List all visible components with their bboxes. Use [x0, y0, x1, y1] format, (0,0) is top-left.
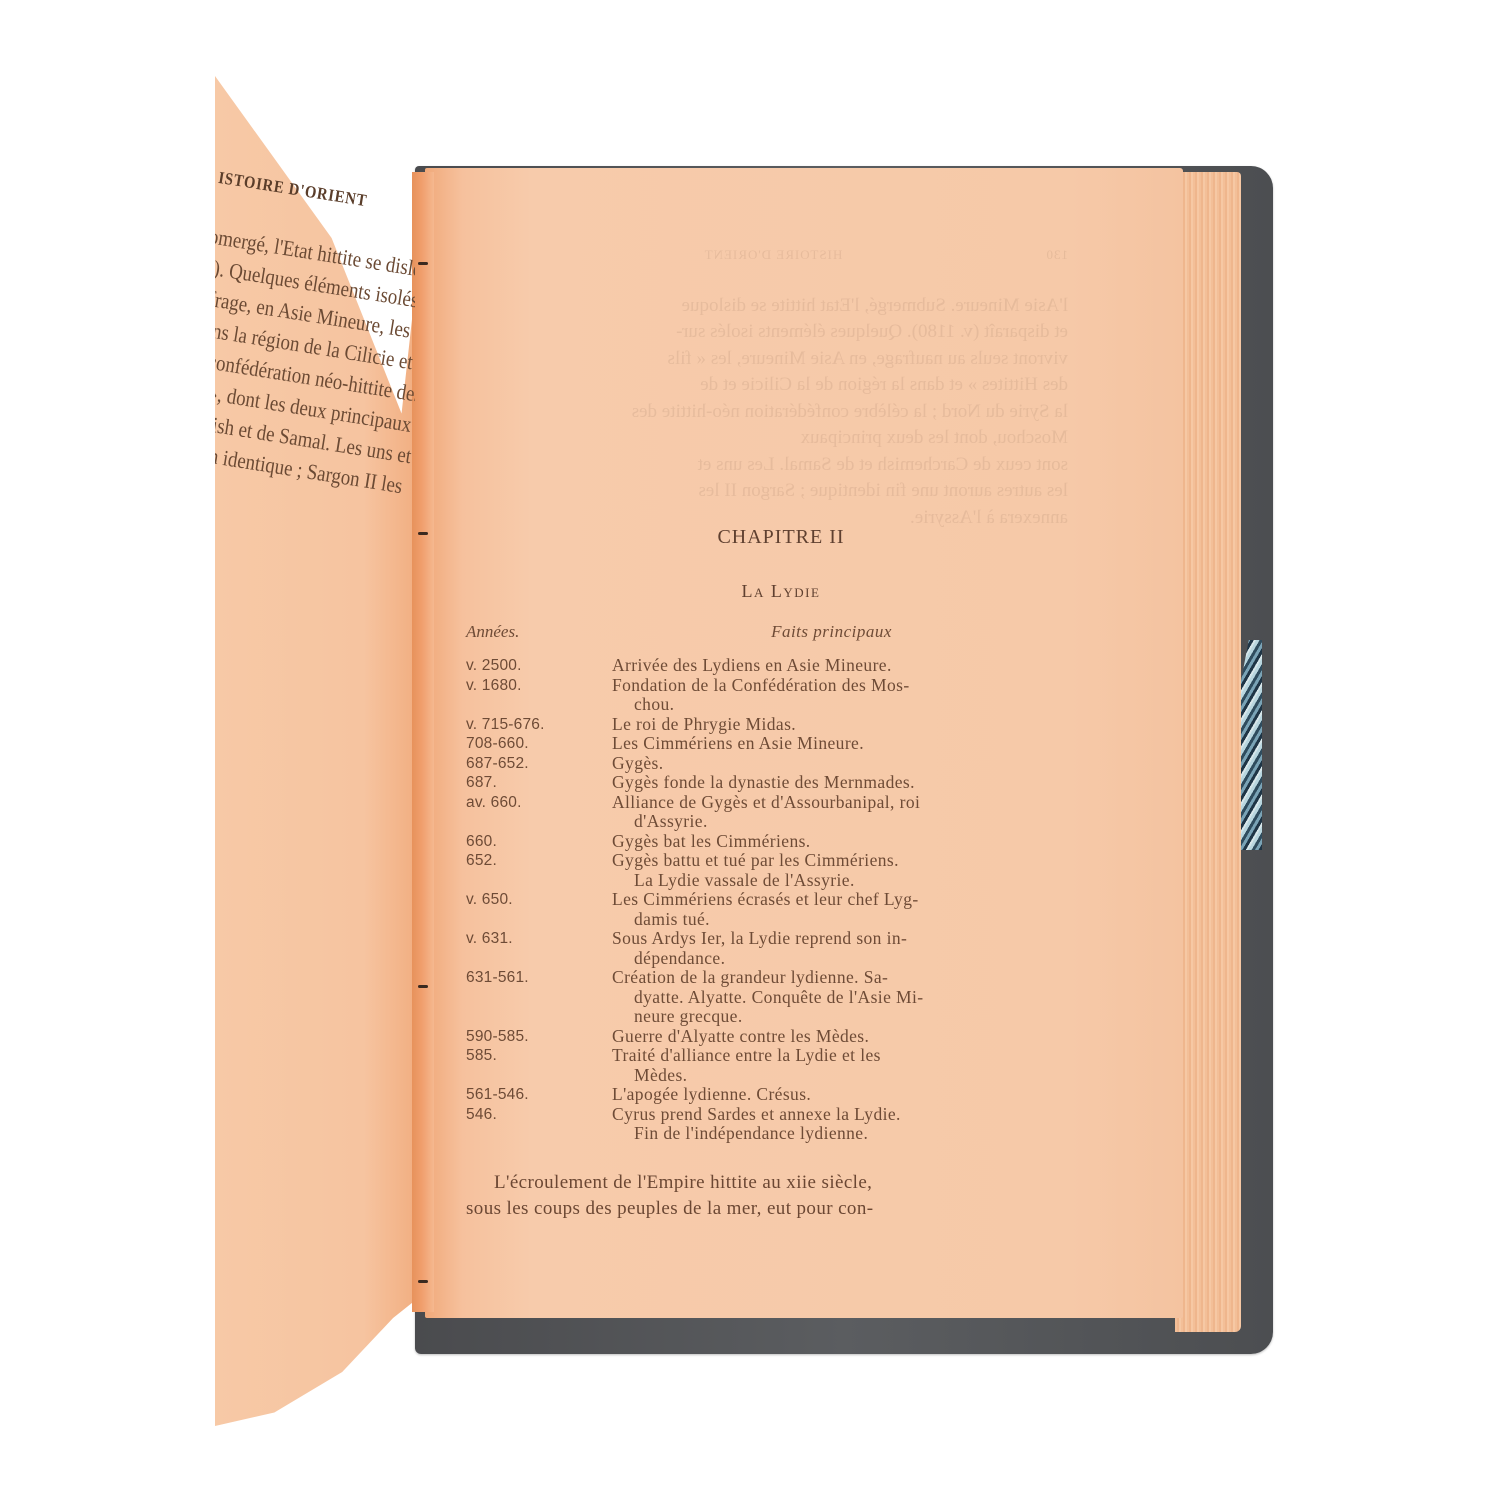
table-row: 631-561. Création de la grandeur lydienn…	[466, 968, 1051, 1027]
ghost-line: et disparaît (v. 1180). Quelques élément…	[478, 319, 1068, 346]
year-cell: 708-660.	[466, 734, 612, 754]
binding-stitch	[418, 532, 428, 535]
year-cell: 590-585.	[466, 1027, 612, 1047]
table-row: 590-585. Guerre d'Alyatte contre les Mèd…	[466, 1027, 1051, 1047]
fact-cell: Gygès battu et tué par les Cimmériens.La…	[612, 851, 1051, 890]
chapter-title: CHAPITRE II	[511, 520, 1051, 554]
fact-cell: Gygès fonde la dynastie des Mernmades.	[612, 773, 1051, 793]
body-paragraph: L'écroulement de l'Empire hittite au xii…	[466, 1170, 1051, 1222]
fact-cell: Fondation de la Confédération des Mos-ch…	[612, 676, 1051, 715]
year-cell: 631-561.	[466, 968, 612, 1027]
ghost-line: l'Asie Mineure. Submergé, l'Etat hittite…	[478, 293, 1068, 320]
table-row: 660. Gygès bat les Cimmériens.	[466, 832, 1051, 852]
fact-cell: Les Cimmériens écrasés et leur chef Lyg-…	[612, 890, 1051, 929]
binding-stitch	[418, 985, 428, 988]
year-cell: v. 1680.	[466, 676, 612, 715]
table-row: v. 1680. Fondation de la Confédération d…	[466, 676, 1051, 715]
ghost-running-head: 130 HISTOIRE D'ORIENT	[478, 242, 1068, 269]
ghost-line: la Syrie du Nord ; la célèbre confédérat…	[478, 399, 1068, 426]
book-gutter	[412, 172, 434, 1312]
table-row: v. 631. Sous Ardys Ier, la Lydie reprend…	[466, 929, 1051, 968]
table-row: 561-546. L'apogée lydienne. Crésus.	[466, 1085, 1051, 1105]
fact-cell: Le roi de Phrygie Midas.	[612, 715, 1051, 735]
left-page-text: ISTOIRE D'ORIENT omergé, l'Etat hittite …	[215, 162, 415, 531]
binding-stitch	[418, 1280, 428, 1283]
table-row: 585. Traité d'alliance entre la Lydie et…	[466, 1046, 1051, 1085]
fact-cell: Les Cimmériens en Asie Mineure.	[612, 734, 1051, 754]
year-cell: v. 2500.	[466, 656, 612, 676]
fact-cell: Cyrus prend Sardes et annexe la Lydie.Fi…	[612, 1105, 1051, 1144]
left-running-head: ISTOIRE D'ORIENT	[216, 162, 415, 228]
ghost-line: sont ceux de Carchemish et de Samal. Les…	[478, 452, 1068, 479]
fact-cell: Alliance de Gygès et d'Assourbanipal, ro…	[612, 793, 1051, 832]
table-row: v. 715-676. Le roi de Phrygie Midas.	[466, 715, 1051, 735]
page-stack-edge	[1175, 172, 1241, 1332]
fact-cell: Gygès bat les Cimmériens.	[612, 832, 1051, 852]
fact-cell: Gygès.	[612, 754, 1051, 774]
fact-cell: Sous Ardys Ier, la Lydie reprend son in-…	[612, 929, 1051, 968]
facts-column-header: Faits principaux	[612, 618, 1051, 646]
fact-cell: Traité d'alliance entre la Lydie et lesM…	[612, 1046, 1051, 1085]
section-title: La Lydie	[511, 576, 1051, 606]
year-cell: av. 660.	[466, 793, 612, 832]
paragraph-line: sous les coups des peuples de la mer, eu…	[466, 1196, 1051, 1222]
table-row: av. 660. Alliance de Gygès et d'Assourba…	[466, 793, 1051, 832]
fact-cell: L'apogée lydienne. Crésus.	[612, 1085, 1051, 1105]
years-column-header: Années.	[466, 618, 612, 646]
table-row: 546. Cyrus prend Sardes et annexe la Lyd…	[466, 1105, 1051, 1144]
table-row: v. 2500. Arrivée des Lydiens en Asie Min…	[466, 656, 1051, 676]
left-page-text-region: ISTOIRE D'ORIENT omergé, l'Etat hittite …	[215, 76, 415, 1426]
binding-stitch	[418, 262, 428, 265]
year-cell: 546.	[466, 1105, 612, 1144]
ghost-line: des Hittites » et dans la région de la C…	[478, 372, 1068, 399]
fact-cell: Création de la grandeur lydienne. Sa-dya…	[612, 968, 1051, 1027]
ghost-page-number: 130	[1046, 242, 1069, 269]
right-page-content: CHAPITRE II La Lydie Années. Faits princ…	[466, 520, 1051, 1222]
year-cell: 687-652.	[466, 754, 612, 774]
ghost-line: Moschou, dont les deux principaux	[478, 425, 1068, 452]
table-row: 687-652. Gygès.	[466, 754, 1051, 774]
chronology-header: Années. Faits principaux	[466, 618, 1051, 646]
year-cell: v. 650.	[466, 890, 612, 929]
table-row: v. 650. Les Cimmériens écrasés et leur c…	[466, 890, 1051, 929]
year-cell: v. 631.	[466, 929, 612, 968]
fact-cell: Arrivée des Lydiens en Asie Mineure.	[612, 656, 1051, 676]
paragraph-line: L'écroulement de l'Empire hittite au xii…	[466, 1170, 1051, 1196]
year-cell: 687.	[466, 773, 612, 793]
table-row: 708-660. Les Cimmériens en Asie Mineure.	[466, 734, 1051, 754]
table-row: 687. Gygès fonde la dynastie des Mernmad…	[466, 773, 1051, 793]
marbled-edge	[1240, 640, 1262, 850]
ghost-line: vivront seuls au naufrage, en Asie Mineu…	[478, 346, 1068, 373]
table-row: 652. Gygès battu et tué par les Cimmérie…	[466, 851, 1051, 890]
fact-cell: Guerre d'Alyatte contre les Mèdes.	[612, 1027, 1051, 1047]
show-through-text: 130 HISTOIRE D'ORIENT l'Asie Mineure. Su…	[478, 242, 1068, 531]
year-cell: v. 715-676.	[466, 715, 612, 735]
ghost-line: les autres auront une fin identique ; Sa…	[478, 478, 1068, 505]
year-cell: 585.	[466, 1046, 612, 1085]
chronology-table: v. 2500. Arrivée des Lydiens en Asie Min…	[466, 656, 1051, 1144]
year-cell: 561-546.	[466, 1085, 612, 1105]
year-cell: 660.	[466, 832, 612, 852]
year-cell: 652.	[466, 851, 612, 890]
